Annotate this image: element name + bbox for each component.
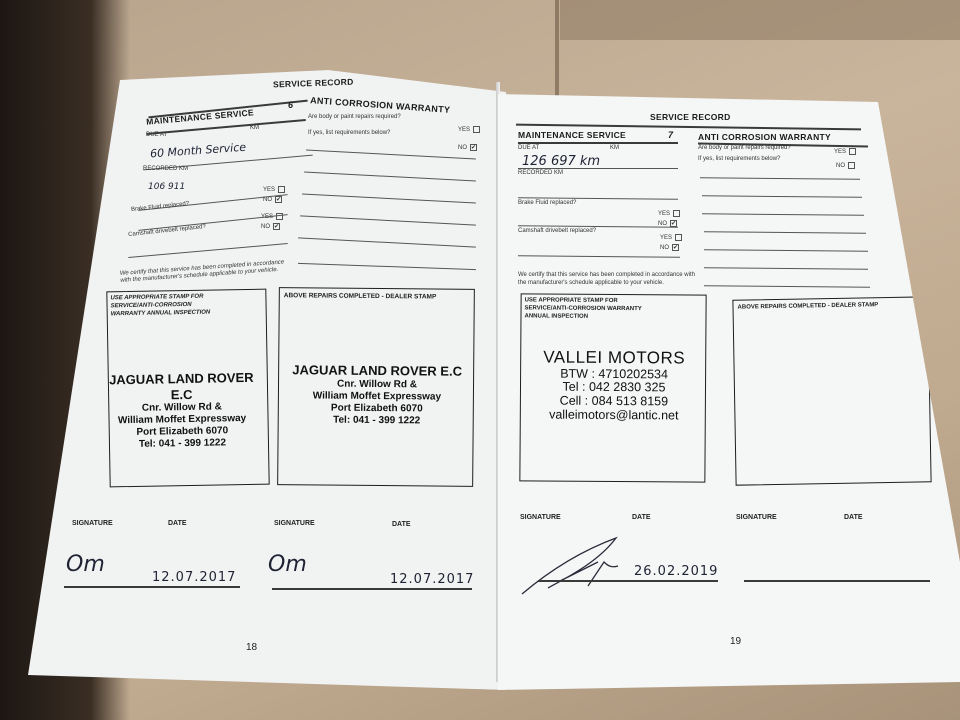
km-label: KM	[610, 145, 619, 151]
list-line	[704, 285, 870, 287]
signature[interactable]	[518, 532, 638, 602]
list-line	[700, 177, 860, 179]
service-stamp-box: USE APPROPRIATE STAMP FOR SERVICE/ANTI-C…	[106, 289, 269, 488]
brake-fluid-yes[interactable]: YES	[658, 210, 680, 217]
signature-line	[64, 586, 240, 588]
signature[interactable]: Om	[66, 552, 105, 577]
list-line	[304, 171, 476, 181]
signature-line	[744, 580, 930, 582]
dealer-stamp: JAGUAR LAND ROVER E.C Cnr. Willow Rd & W…	[279, 362, 476, 427]
anti-corrosion-question: Are body or paint repairs required?	[308, 114, 401, 120]
list-prompt: If yes, list requirements below?	[308, 130, 390, 136]
page-18: SERVICE RECORD MAINTENANCE SERVICE 6 DUE…	[28, 70, 506, 690]
anti-corrosion-yes[interactable]: YES	[458, 126, 480, 133]
maintenance-service-title: MAINTENANCE SERVICE	[518, 130, 626, 140]
date-label: DATE	[632, 514, 651, 521]
list-line	[702, 213, 864, 215]
dealer-stamp: VALLEI MOTORS BTW : 4710202534 Tel : 042…	[521, 348, 708, 423]
camshaft-question: Camshaft drivebelt replaced?	[518, 228, 596, 234]
camshaft-yes[interactable]: YES	[660, 234, 682, 241]
km-label: KM	[250, 125, 259, 131]
date-label: DATE	[392, 521, 411, 528]
signature-line	[272, 588, 472, 590]
anti-corrosion-yes[interactable]: YES	[834, 148, 856, 155]
signature-label: SIGNATURE	[520, 514, 561, 521]
checkbox-yes[interactable]	[473, 126, 480, 133]
due-at-value[interactable]: 126 697 km	[522, 154, 600, 169]
brake-fluid-question: Brake Fluid replaced?	[518, 200, 576, 206]
checkbox-yes[interactable]	[278, 186, 285, 193]
anti-corrosion-no[interactable]: NO✔	[458, 144, 477, 151]
list-line	[704, 231, 866, 233]
divider	[516, 124, 861, 130]
stamp-box-label: USE APPROPRIATE STAMP FOR SERVICE/ANTI-C…	[524, 297, 654, 321]
recorded-km-value[interactable]: 106 911	[148, 182, 185, 192]
camshaft-no[interactable]: NO✔	[660, 244, 679, 251]
stamp-box-label: USE APPROPRIATE STAMP FOR SERVICE/ANTI-C…	[110, 293, 220, 318]
date-value[interactable]: 12.07.2017	[152, 570, 236, 585]
field-line	[518, 255, 680, 257]
date-label: DATE	[168, 520, 187, 527]
list-prompt: If yes, list requirements below?	[698, 156, 780, 162]
page-header: SERVICE RECORD	[273, 77, 354, 90]
list-line	[298, 263, 476, 270]
divider	[518, 142, 678, 144]
signature-line	[538, 580, 718, 582]
checkbox-yes[interactable]	[849, 148, 856, 155]
signature[interactable]: Om	[268, 552, 307, 577]
checkbox-yes[interactable]	[276, 213, 283, 220]
repairs-stamp-box: ABOVE REPAIRS COMPLETED - DEALER STAMP	[732, 296, 931, 485]
anti-corrosion-title: ANTI CORROSION WARRANTY	[698, 132, 831, 142]
signature-label: SIGNATURE	[274, 520, 315, 527]
service-booklet: SERVICE RECORD MAINTENANCE SERVICE 6 DUE…	[20, 70, 960, 690]
list-line	[704, 249, 868, 251]
checkbox-yes[interactable]	[675, 234, 682, 241]
stamp-box-label: ABOVE REPAIRS COMPLETED - DEALER STAMP	[737, 302, 878, 310]
certify-text: We certify that this service has been co…	[518, 272, 698, 288]
checkbox-no[interactable]	[848, 162, 855, 169]
page-number: 19	[730, 636, 741, 647]
camshaft-no[interactable]: NO✔	[261, 223, 280, 230]
field-line	[518, 168, 678, 169]
checkbox-no-checked[interactable]: ✔	[275, 196, 282, 203]
brake-fluid-question: Brake Fluid replaced?	[131, 201, 190, 213]
brake-fluid-yes[interactable]: YES	[263, 186, 285, 193]
checkbox-no-checked[interactable]: ✔	[470, 144, 477, 151]
list-line	[306, 150, 476, 160]
anti-corrosion-question: Are body or paint repairs required?	[698, 145, 791, 151]
anti-corrosion-no[interactable]: NO	[836, 162, 855, 169]
repairs-stamp-box: ABOVE REPAIRS COMPLETED - DEALER STAMP J…	[277, 287, 475, 487]
list-line	[302, 193, 476, 203]
list-line	[704, 267, 868, 269]
due-at-label: DUE AT	[518, 145, 539, 151]
checkbox-no-checked[interactable]: ✔	[672, 244, 679, 251]
date-value[interactable]: 26.02.2019	[634, 564, 718, 579]
brake-fluid-no[interactable]: NO✔	[263, 196, 282, 203]
list-line	[298, 237, 476, 247]
recorded-km-label: RECORDED KM	[143, 166, 188, 172]
recorded-km-label: RECORDED KM	[518, 170, 563, 176]
checkbox-yes[interactable]	[673, 210, 680, 217]
due-at-value[interactable]: 60 Month Service	[150, 141, 247, 161]
list-line	[702, 195, 862, 197]
service-number: 6	[288, 100, 293, 110]
camshaft-yes[interactable]: YES	[261, 213, 283, 220]
list-line	[300, 215, 476, 225]
signature-label: SIGNATURE	[72, 520, 113, 527]
date-value[interactable]: 12.07.2017	[390, 572, 474, 587]
seat-backrest	[560, 0, 960, 40]
signature-label: SIGNATURE	[736, 514, 777, 521]
field-line	[128, 243, 287, 258]
page-number: 18	[246, 642, 257, 653]
page-19: SERVICE RECORD MAINTENANCE SERVICE 7 DUE…	[498, 82, 960, 690]
anti-corrosion-title: ANTI CORROSION WARRANTY	[310, 95, 451, 115]
due-at-label: DUE AT	[146, 132, 167, 138]
date-label: DATE	[844, 514, 863, 521]
page-header: SERVICE RECORD	[650, 112, 731, 122]
service-number: 7	[668, 130, 673, 140]
service-stamp-box: USE APPROPRIATE STAMP FOR SERVICE/ANTI-C…	[519, 293, 706, 482]
dealer-stamp: JAGUAR LAND ROVER E.C Cnr. Willow Rd & W…	[99, 370, 265, 452]
checkbox-no-checked[interactable]: ✔	[273, 223, 280, 230]
stamp-box-label: ABOVE REPAIRS COMPLETED - DEALER STAMP	[284, 292, 437, 300]
certify-text: We certify that this service has been co…	[120, 259, 291, 285]
